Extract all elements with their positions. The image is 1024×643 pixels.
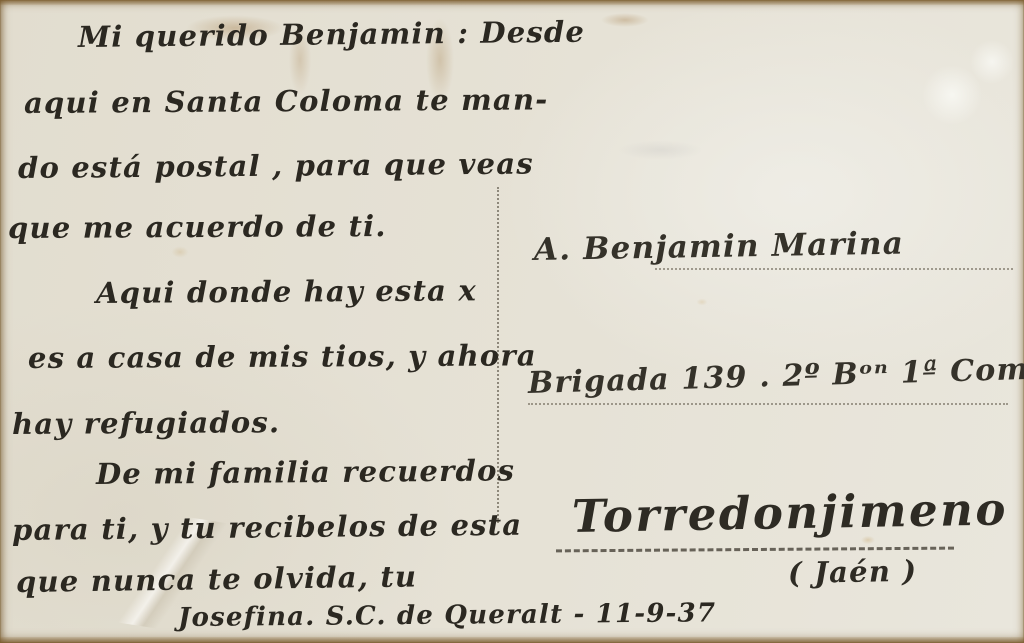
message-line-4: que me acuerdo de ti. [8,209,387,245]
address-divider-line [497,187,499,523]
message-line-2: aqui en Santa Coloma te man- [24,82,549,120]
message-line-3: do está postal , para que veas [18,146,534,184]
message-line-1: Mi querido Benjamin : Desde [78,15,585,54]
destination-city: Torredonjimeno [572,482,1009,543]
destination-province: ( Jaén ) [788,554,918,590]
message-line-8: De mi familia recuerdos [96,453,515,491]
postcard-back: Mi querido Benjamin : Desde aqui en Sant… [0,0,1024,643]
address-ruled-line-2 [528,403,1008,405]
address-ruled-line-1 [655,268,1013,270]
message-line-10: que nunca te olvida, tu [16,559,418,599]
recipient-unit: Brigada 139 . 2º Bᵒⁿ 1ª Comp. [528,351,1024,401]
message-line-6: es a casa de mis tios, y ahora [28,338,537,375]
message-line-9: para ti, y tu recibelos de esta [12,508,523,547]
card-edge-top [0,0,1024,5]
message-line-7: hay refugiados. [12,405,280,441]
city-underline [556,547,954,553]
signature-line: Josefina. S.C. de Queralt - 11-9-37 [178,598,716,633]
card-edge-bottom [0,637,1024,643]
message-line-5: Aqui donde hay esta x [96,273,477,310]
recipient-name: A. Benjamin Marina [534,226,905,268]
